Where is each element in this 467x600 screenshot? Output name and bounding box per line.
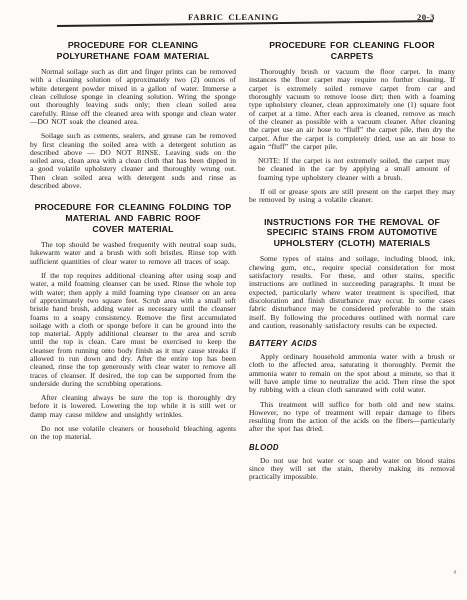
body-paragraph: After cleaning always be sure the top is…	[30, 394, 236, 419]
body-paragraph: Soilage such as cements, sealers, and gr…	[30, 132, 236, 190]
left-column: PROCEDURE FOR CLEANING POLYURETHANE FOAM…	[30, 36, 236, 600]
section-heading: PROCEDURE FOR CLEANING FLOOR CARPETS	[253, 40, 451, 61]
body-paragraph: Do not use volatile cleaners or househol…	[30, 425, 236, 442]
body-paragraph: The top should be washed frequently with…	[30, 241, 236, 266]
body-paragraph: Some types of stains and soilage, includ…	[249, 255, 455, 330]
body-paragraph: Do not use hot water or soap and water o…	[249, 457, 455, 482]
note-paragraph: NOTE: If the carpet is not extremely soi…	[258, 157, 450, 182]
body-paragraph: This treatment will suffice for both old…	[249, 401, 455, 434]
text-columns: PROCEDURE FOR CLEANING POLYURETHANE FOAM…	[30, 36, 455, 600]
section-heading: INSTRUCTIONS FOR THE REMOVAL OF SPECIFIC…	[253, 217, 451, 249]
body-paragraph: If the top requires additional cleaning …	[30, 272, 236, 388]
subsection-heading: BLOOD	[249, 443, 455, 452]
subsection-heading: BATTERY ACIDS	[249, 339, 455, 348]
body-paragraph: Thoroughly brush or vacuum the floor car…	[249, 68, 455, 151]
body-paragraph: Normal soilage such as dirt and finger p…	[30, 68, 236, 126]
section-heading: PROCEDURE FOR CLEANING POLYURETHANE FOAM…	[34, 40, 232, 61]
body-paragraph: If oil or grease spots are still present…	[249, 188, 455, 205]
manual-page: FABRIC CLEANING 20-3 PROCEDURE FOR CLEAN…	[0, 0, 467, 600]
scan-artifact	[453, 570, 456, 574]
section-heading: PROCEDURE FOR CLEANING FOLDING TOP MATER…	[34, 202, 232, 234]
body-paragraph: Apply ordinary household ammonia water w…	[249, 353, 455, 394]
right-column: PROCEDURE FOR CLEANING FLOOR CARPETSThor…	[249, 36, 455, 600]
